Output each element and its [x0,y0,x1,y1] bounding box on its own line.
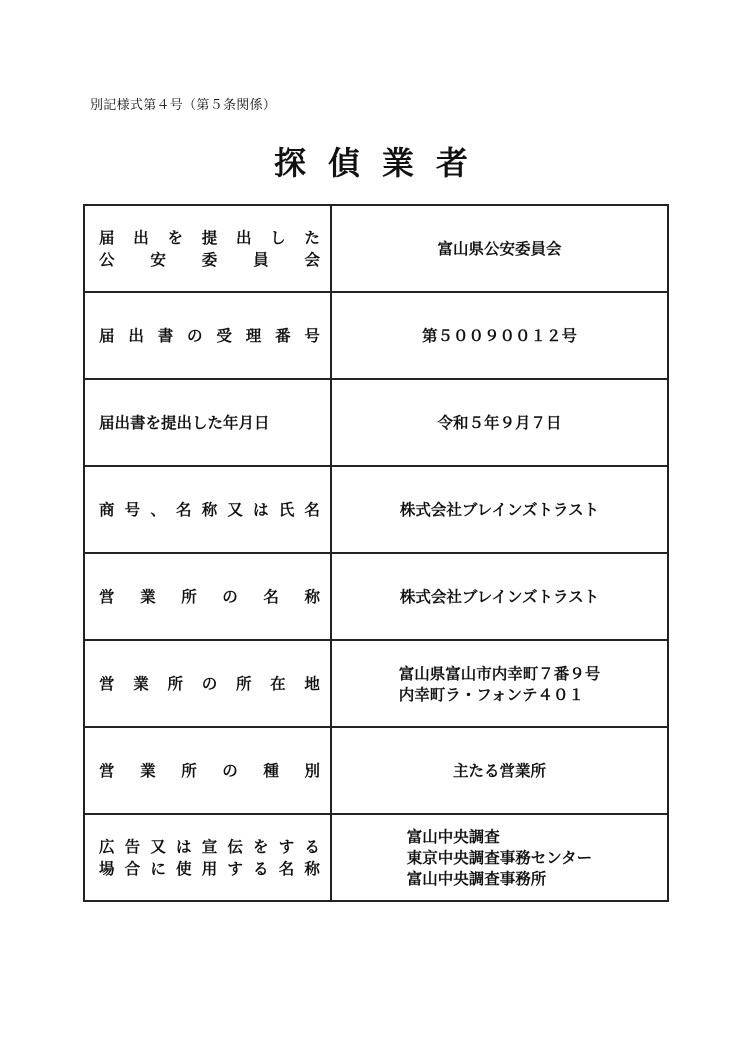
row-value: 第５００９００１２号 [331,292,668,379]
row-value-block: 主たる営業所 [453,760,546,781]
row-label-line: 届出を提出した [99,227,320,249]
row-value: 株式会社ブレインズトラスト [331,553,668,640]
row-label: 営業所の所在地 [84,640,331,727]
row-label-line: 届出書を提出した年月日 [99,412,320,434]
row-value-line: 第５００９００１２号 [422,325,577,346]
row-label-line: 広告又は宣伝をする [99,836,320,858]
row-label-line: 届出書の受理番号 [99,325,320,347]
registration-info-table: 届出を提出した公安委員会富山県公安委員会届出書の受理番号第５００９００１２号届出… [83,204,669,902]
form-reference: 別記様式第４号（第５条関係） [90,94,276,113]
row-label: 営業所の種別 [84,727,331,814]
row-value-line: 内幸町ラ・フォンテ４０１ [399,684,601,705]
row-label: 営業所の名称 [84,553,331,640]
row-label-line: 公安委員会 [99,249,320,271]
document-title: 探偵業者 [0,138,750,184]
row-value: 株式会社ブレインズトラスト [331,466,668,553]
row-value-line: 富山中央調査 [407,826,592,847]
row-label: 広告又は宣伝をする場合に使用する名称 [84,814,331,901]
row-value-line: 株式会社ブレインズトラスト [400,499,599,520]
row-value-line: 主たる営業所 [453,760,546,781]
row-label: 届出書を提出した年月日 [84,379,331,466]
row-value-block: 富山中央調査東京中央調査事務センター富山中央調査事務所 [407,826,592,889]
row-value-line: 東京中央調査事務センター [407,847,592,868]
table-row-office-type: 営業所の種別主たる営業所 [84,727,668,814]
row-value-line: 令和５年９月７日 [437,412,561,433]
row-value: 富山県富山市内幸町７番９号内幸町ラ・フォンテ４０１ [331,640,668,727]
row-value-block: 令和５年９月７日 [437,412,561,433]
table-row-office-name: 営業所の名称株式会社ブレインズトラスト [84,553,668,640]
row-label-line: 商号、名称又は氏名 [99,499,320,521]
table-row-public-safety-commission: 届出を提出した公安委員会富山県公安委員会 [84,205,668,292]
row-value: 富山中央調査東京中央調査事務センター富山中央調査事務所 [331,814,668,901]
row-label: 届出書の受理番号 [84,292,331,379]
table-row-advertising-names: 広告又は宣伝をする場合に使用する名称富山中央調査東京中央調査事務センター富山中央… [84,814,668,901]
row-value-block: 株式会社ブレインズトラスト [400,499,599,520]
row-value-line: 富山県公安委員会 [437,238,561,259]
row-value-block: 第５００９００１２号 [422,325,577,346]
table-row-trade-name: 商号、名称又は氏名株式会社ブレインズトラスト [84,466,668,553]
row-value-line: 株式会社ブレインズトラスト [400,586,599,607]
row-value-line: 富山県富山市内幸町７番９号 [399,663,601,684]
row-label-line: 営業所の所在地 [99,673,320,695]
table-row-submission-date: 届出書を提出した年月日令和５年９月７日 [84,379,668,466]
row-value-block: 富山県富山市内幸町７番９号内幸町ラ・フォンテ４０１ [399,663,601,705]
table-row-acceptance-number: 届出書の受理番号第５００９００１２号 [84,292,668,379]
row-value-block: 株式会社ブレインズトラスト [400,586,599,607]
table-row-office-address: 営業所の所在地富山県富山市内幸町７番９号内幸町ラ・フォンテ４０１ [84,640,668,727]
row-label: 商号、名称又は氏名 [84,466,331,553]
row-value: 主たる営業所 [331,727,668,814]
row-value: 令和５年９月７日 [331,379,668,466]
row-label: 届出を提出した公安委員会 [84,205,331,292]
row-label-line: 営業所の種別 [99,760,320,782]
row-value-block: 富山県公安委員会 [437,238,561,259]
row-value: 富山県公安委員会 [331,205,668,292]
row-label-line: 場合に使用する名称 [99,858,320,880]
row-value-line: 富山中央調査事務所 [407,868,592,889]
row-label-line: 営業所の名称 [99,586,320,608]
